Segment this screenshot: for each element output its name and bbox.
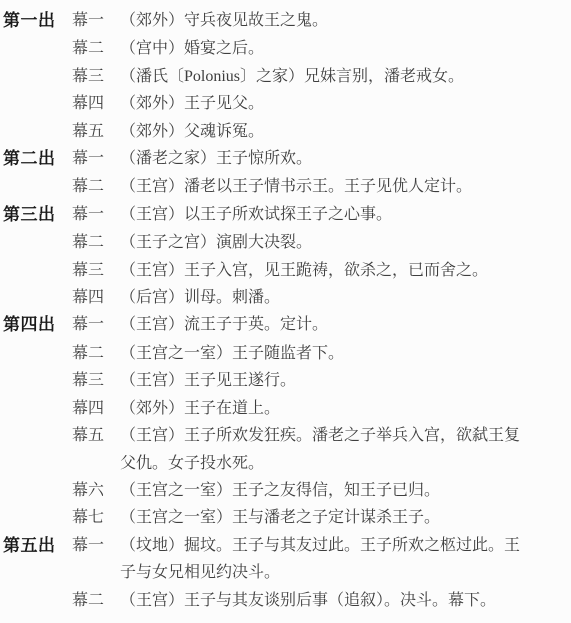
act-label: 第二出 <box>3 149 56 168</box>
scene-label: 幕三 <box>72 372 104 389</box>
scene-description: （郊外）王子见父。 <box>120 95 264 112</box>
scene-description: （王宫）王子与其友谈别后事（追叙）。决斗。幕下。 <box>120 592 496 609</box>
scene-description: （王宫）王子所欢发狂疾。潘老之子举兵入宫，欲弑王复父仇。女子投水死。 <box>120 427 520 471</box>
scene-label: 幕一 <box>72 537 104 554</box>
scene-label: 幕二 <box>72 234 104 251</box>
act-label: 第四出 <box>3 315 56 334</box>
scene-label: 幕七 <box>72 509 104 526</box>
scene-row: 第三出 幕一 （王宫）以王子所欢试探王子之心事。 <box>3 201 571 229</box>
act-label: 第三出 <box>3 205 56 224</box>
scene-label: 幕一 <box>72 150 104 167</box>
scene-row: 幕二 （王宫）王子与其友谈别后事（追叙）。决斗。幕下。 <box>3 587 571 614</box>
scene-description: （王宫）以王子所欢试探王子之心事。 <box>120 206 392 223</box>
act-label: 第一出 <box>3 11 56 30</box>
scene-label: 幕四 <box>72 289 104 306</box>
scene-description: （后宫）训母。刺潘。 <box>120 289 280 306</box>
scene-row: 幕三 （王宫）王子见王遂行。 <box>3 367 571 394</box>
scene-row: 幕四 （郊外）王子在道上。 <box>3 395 571 422</box>
scene-description: （王宫）王子入宫，见王跪祷，欲杀之，已而舍之。 <box>120 262 488 279</box>
scene-label: 幕五 <box>72 123 104 140</box>
scene-description: （王宫）潘老以王子情书示王。王子见优人定计。 <box>120 178 472 195</box>
scene-description: （王宫）流王子于英。定计。 <box>120 316 328 333</box>
scene-description: （郊外）王子在道上。 <box>120 400 280 417</box>
scene-row: 幕二 （王宫之一室）王子随监者下。 <box>3 340 571 367</box>
scene-row: 幕四 （后宫）训母。刺潘。 <box>3 284 571 311</box>
scene-row: 第四出 幕一 （王宫）流王子于英。定计。 <box>3 311 571 339</box>
scene-label: 幕二 <box>72 40 104 57</box>
scene-row: 幕三 （潘氏〔Polonius〕之家）兄妹言别，潘老戒女。 <box>3 63 571 90</box>
scene-label: 幕二 <box>72 178 104 195</box>
scene-description: （王子之宫）演剧大决裂。 <box>120 234 312 251</box>
scene-description: （宫中）婚宴之后。 <box>120 40 264 57</box>
scene-row: 幕四 （郊外）王子见父。 <box>3 90 571 117</box>
scene-description: （王宫之一室）王子之友得信，知王子已归。 <box>120 482 440 499</box>
scene-row: 幕五 （王宫）王子所欢发狂疾。潘老之子举兵入宫，欲弑王复父仇。女子投水死。 <box>3 422 571 477</box>
act-label: 第五出 <box>3 536 56 555</box>
scene-row: 幕七 （王宫之一室）王与潘老之子定计谋杀王子。 <box>3 504 571 531</box>
scene-description: （坟地）掘坟。王子与其友过此。王子所欢之柩过此。王子与女兄相见约决斗。 <box>120 537 520 581</box>
scene-description: （郊外）守兵夜见故王之鬼。 <box>120 12 328 29</box>
scene-row: 幕六 （王宫之一室）王子之友得信，知王子已归。 <box>3 477 571 504</box>
scene-label: 幕五 <box>72 427 104 444</box>
scene-description: （王宫之一室）王子随监者下。 <box>120 345 344 362</box>
scene-description: （王宫）王子见王遂行。 <box>120 372 296 389</box>
scene-label: 幕三 <box>72 262 104 279</box>
scene-label: 幕三 <box>72 68 104 85</box>
scene-row: 第五出 幕一 （坟地）掘坟。王子与其友过此。王子所欢之柩过此。王子与女兄相见约决… <box>3 532 571 587</box>
scene-description: （王宫之一室）王与潘老之子定计谋杀王子。 <box>120 509 440 526</box>
scene-row: 第一出 幕一 （郊外）守兵夜见故王之鬼。 <box>3 7 571 35</box>
synopsis-page: 第一出 幕一 （郊外）守兵夜见故王之鬼。 幕二 （宫中）婚宴之后。 幕三 （潘氏… <box>0 0 571 623</box>
scene-label: 幕一 <box>72 316 104 333</box>
scene-label: 幕六 <box>72 482 104 499</box>
scene-description: （潘老之家）王子惊所欢。 <box>120 150 312 167</box>
scene-row: 第二出 幕一 （潘老之家）王子惊所欢。 <box>3 145 571 173</box>
scene-row: 幕五 （郊外）父魂诉冤。 <box>3 118 571 145</box>
scene-row: 幕二 （王宫）潘老以王子情书示王。王子见优人定计。 <box>3 173 571 200</box>
scene-label: 幕一 <box>72 206 104 223</box>
scene-label: 幕四 <box>72 400 104 417</box>
scene-description: （郊外）父魂诉冤。 <box>120 123 264 140</box>
scene-row: 幕二 （宫中）婚宴之后。 <box>3 35 571 62</box>
scene-label: 幕二 <box>72 345 104 362</box>
scene-row: 幕二 （王子之宫）演剧大决裂。 <box>3 229 571 256</box>
scene-label: 幕一 <box>72 12 104 29</box>
scene-label: 幕四 <box>72 95 104 112</box>
scene-description: （潘氏〔Polonius〕之家）兄妹言别，潘老戒女。 <box>120 68 464 85</box>
scene-row: 幕三 （王宫）王子入宫，见王跪祷，欲杀之，已而舍之。 <box>3 257 571 284</box>
scene-label: 幕二 <box>72 592 104 609</box>
